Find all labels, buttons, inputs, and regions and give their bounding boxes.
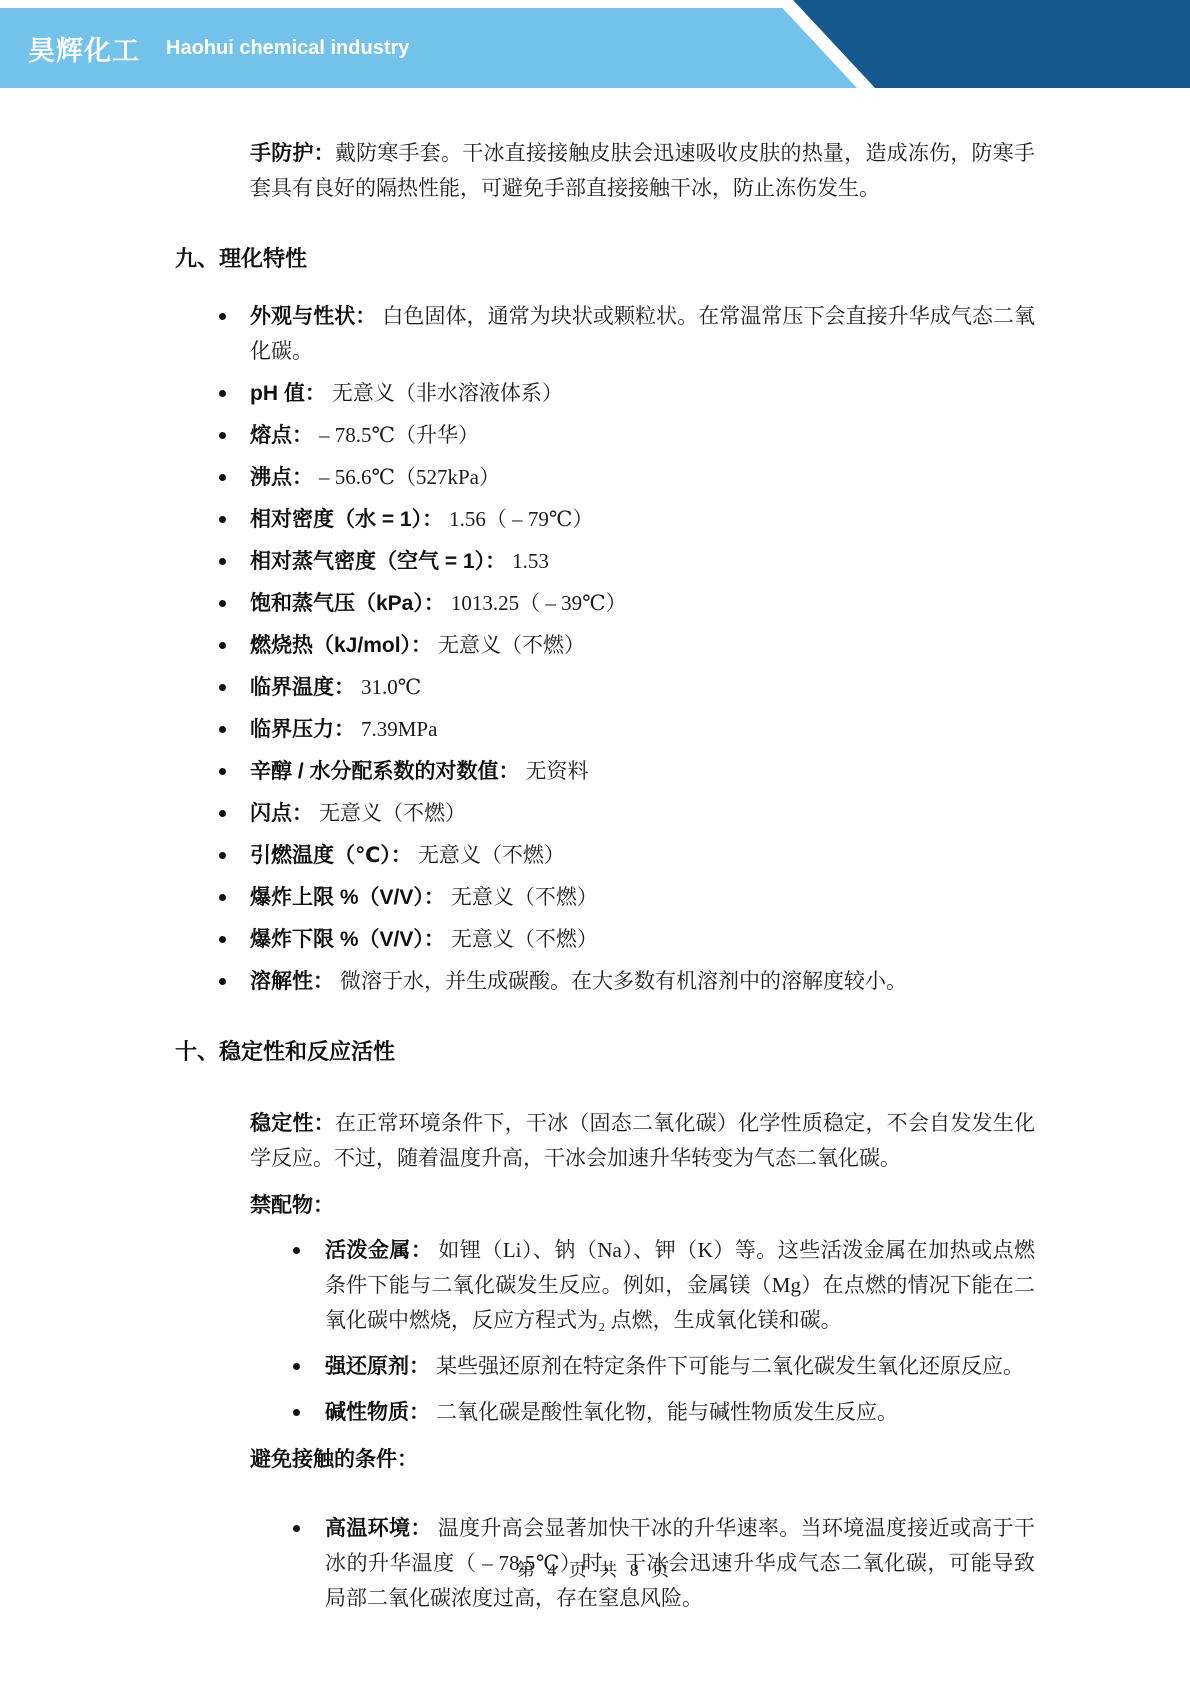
stability-text: 在正常环境条件下，干冰（固态二氧化碳）化学性质稳定，不会自发发生化学反应。不过，… xyxy=(250,1111,1035,1170)
item-label: 高温环境： xyxy=(325,1517,432,1540)
item-label: 爆炸上限 %（V/V）： xyxy=(250,886,445,909)
document-content: 手防护：戴防寒手套。干冰直接接触皮肤会迅速吸收皮肤的热量，造成冻伤，防寒手套具有… xyxy=(0,88,1190,1627)
page-number: 第 4 页 共 8 页 xyxy=(0,1556,1190,1582)
list-item: 沸点：– 56.6℃（527kPa） xyxy=(250,460,1035,495)
item-value: 二氧化碳是酸性氧化物，能与碱性物质发生反应。 xyxy=(436,1400,898,1424)
list-item: pH 值：无意义（非水溶液体系） xyxy=(250,376,1035,411)
item-label: 引燃温度（℃）： xyxy=(250,844,412,867)
item-value: 31.0℃ xyxy=(361,675,421,699)
item-value: 无意义（不燃） xyxy=(438,633,585,657)
list-item: 相对蒸气密度（空气 = 1）：1.53 xyxy=(250,544,1035,579)
item-label: 溶解性： xyxy=(250,970,334,993)
item-value: 无意义（不燃） xyxy=(418,843,565,867)
list-item: 临界温度：31.0℃ xyxy=(250,670,1035,705)
item-value: 微溶于水，并生成碳酸。在大多数有机溶剂中的溶解度较小。 xyxy=(340,969,907,993)
hand-protection-text: 戴防寒手套。干冰直接接触皮肤会迅速吸收皮肤的热量，造成冻伤，防寒手套具有良好的隔… xyxy=(250,141,1035,200)
incompatible-materials-list: 活泼金属：如锂（Li）、钠（Na）、钾（K）等。这些活泼金属在加热或点燃条件下能… xyxy=(0,1233,1035,1430)
item-value: 7.39MPa xyxy=(361,717,437,741)
item-value: – 56.6℃（527kPa） xyxy=(319,465,500,489)
item-label: 饱和蒸气压（kPa）： xyxy=(250,592,445,615)
brand-logo-en: Haohui chemical industry xyxy=(166,37,409,60)
item-label: 沸点： xyxy=(250,466,313,489)
list-item: 燃烧热（kJ/mol）：无意义（不燃） xyxy=(250,628,1035,663)
document-page: 昊辉化工 Haohui chemical industry 手防护：戴防寒手套。… xyxy=(0,0,1190,1683)
item-value: 1.56（ – 79℃） xyxy=(449,507,593,531)
physical-properties-list: 外观与性状：白色固体，通常为块状或颗粒状。在常温常压下会直接升华成气态二氧化碳。… xyxy=(0,299,1035,999)
brand-logo-cn: 昊辉化工 xyxy=(28,29,140,68)
item-label: 临界温度： xyxy=(250,676,355,699)
list-item: 熔点：– 78.5℃（升华） xyxy=(250,418,1035,453)
list-item: 闪点：无意义（不燃） xyxy=(250,796,1035,831)
item-value: 无意义（非水溶液体系） xyxy=(332,381,563,405)
list-item: 外观与性状：白色固体，通常为块状或颗粒状。在常温常压下会直接升华成气态二氧化碳。 xyxy=(250,299,1035,369)
brand: 昊辉化工 Haohui chemical industry xyxy=(28,8,409,88)
item-value: 无意义（不燃） xyxy=(451,927,598,951)
list-item: 爆炸上限 %（V/V）：无意义（不燃） xyxy=(250,880,1035,915)
header-band: 昊辉化工 Haohui chemical industry xyxy=(0,0,1190,88)
list-item: 活泼金属：如锂（Li）、钠（Na）、钾（K）等。这些活泼金属在加热或点燃条件下能… xyxy=(325,1233,1035,1338)
stability-label: 稳定性： xyxy=(250,1112,335,1135)
item-label: 辛醇 / 水分配系数的对数值： xyxy=(250,760,520,783)
list-item: 溶解性：微溶于水，并生成碳酸。在大多数有机溶剂中的溶解度较小。 xyxy=(250,964,1035,999)
list-item: 爆炸下限 %（V/V）：无意义（不燃） xyxy=(250,922,1035,957)
item-label: 活泼金属： xyxy=(325,1239,432,1262)
list-item: 相对密度（水 = 1）：1.56（ – 79℃） xyxy=(250,502,1035,537)
item-label: pH 值： xyxy=(250,382,326,405)
list-item: 引燃温度（℃）：无意义（不燃） xyxy=(250,838,1035,873)
item-value: 1.53 xyxy=(512,549,549,573)
item-value: 无意义（不燃） xyxy=(319,801,466,825)
item-label: 熔点： xyxy=(250,424,313,447)
item-label: 外观与性状： xyxy=(250,305,376,328)
item-value: – 78.5℃（升华） xyxy=(319,423,479,447)
item-label: 碱性物质： xyxy=(325,1401,430,1424)
conditions-to-avoid-heading: 避免接触的条件： xyxy=(250,1442,1035,1477)
item-value: 无意义（不燃） xyxy=(451,885,598,909)
section-10-title: 十、稳定性和反应活性 xyxy=(175,1035,1190,1066)
item-label: 闪点： xyxy=(250,802,313,825)
incompatible-materials-heading: 禁配物： xyxy=(250,1188,1035,1223)
item-label: 燃烧热（kJ/mol）： xyxy=(250,634,432,657)
item-label: 相对蒸气密度（空气 = 1）： xyxy=(250,550,506,573)
item-value: 1013.25（ – 39℃） xyxy=(451,591,627,615)
list-item: 临界压力：7.39MPa xyxy=(250,712,1035,747)
item-label: 相对密度（水 = 1）： xyxy=(250,508,443,531)
item-label: 爆炸下限 %（V/V）： xyxy=(250,928,445,951)
list-item: 强还原剂：某些强还原剂在特定条件下可能与二氧化碳发生氧化还原反应。 xyxy=(325,1349,1035,1384)
list-item: 碱性物质：二氧化碳是酸性氧化物，能与碱性物质发生反应。 xyxy=(325,1395,1035,1430)
paragraph-hand-protection: 手防护：戴防寒手套。干冰直接接触皮肤会迅速吸收皮肤的热量，造成冻伤，防寒手套具有… xyxy=(250,136,1035,206)
list-item: 辛醇 / 水分配系数的对数值：无资料 xyxy=(250,754,1035,789)
item-value: 无资料 xyxy=(526,759,589,783)
paragraph-stability: 稳定性：在正常环境条件下，干冰（固态二氧化碳）化学性质稳定，不会自发发生化学反应… xyxy=(250,1106,1035,1176)
item-value: 某些强还原剂在特定条件下可能与二氧化碳发生氧化还原反应。 xyxy=(436,1354,1024,1378)
hand-protection-label: 手防护： xyxy=(250,142,335,165)
section-9-title: 九、理化特性 xyxy=(175,242,1190,273)
item-label: 临界压力： xyxy=(250,718,355,741)
item-label: 强还原剂： xyxy=(325,1355,430,1378)
list-item: 饱和蒸气压（kPa）：1013.25（ – 39℃） xyxy=(250,586,1035,621)
